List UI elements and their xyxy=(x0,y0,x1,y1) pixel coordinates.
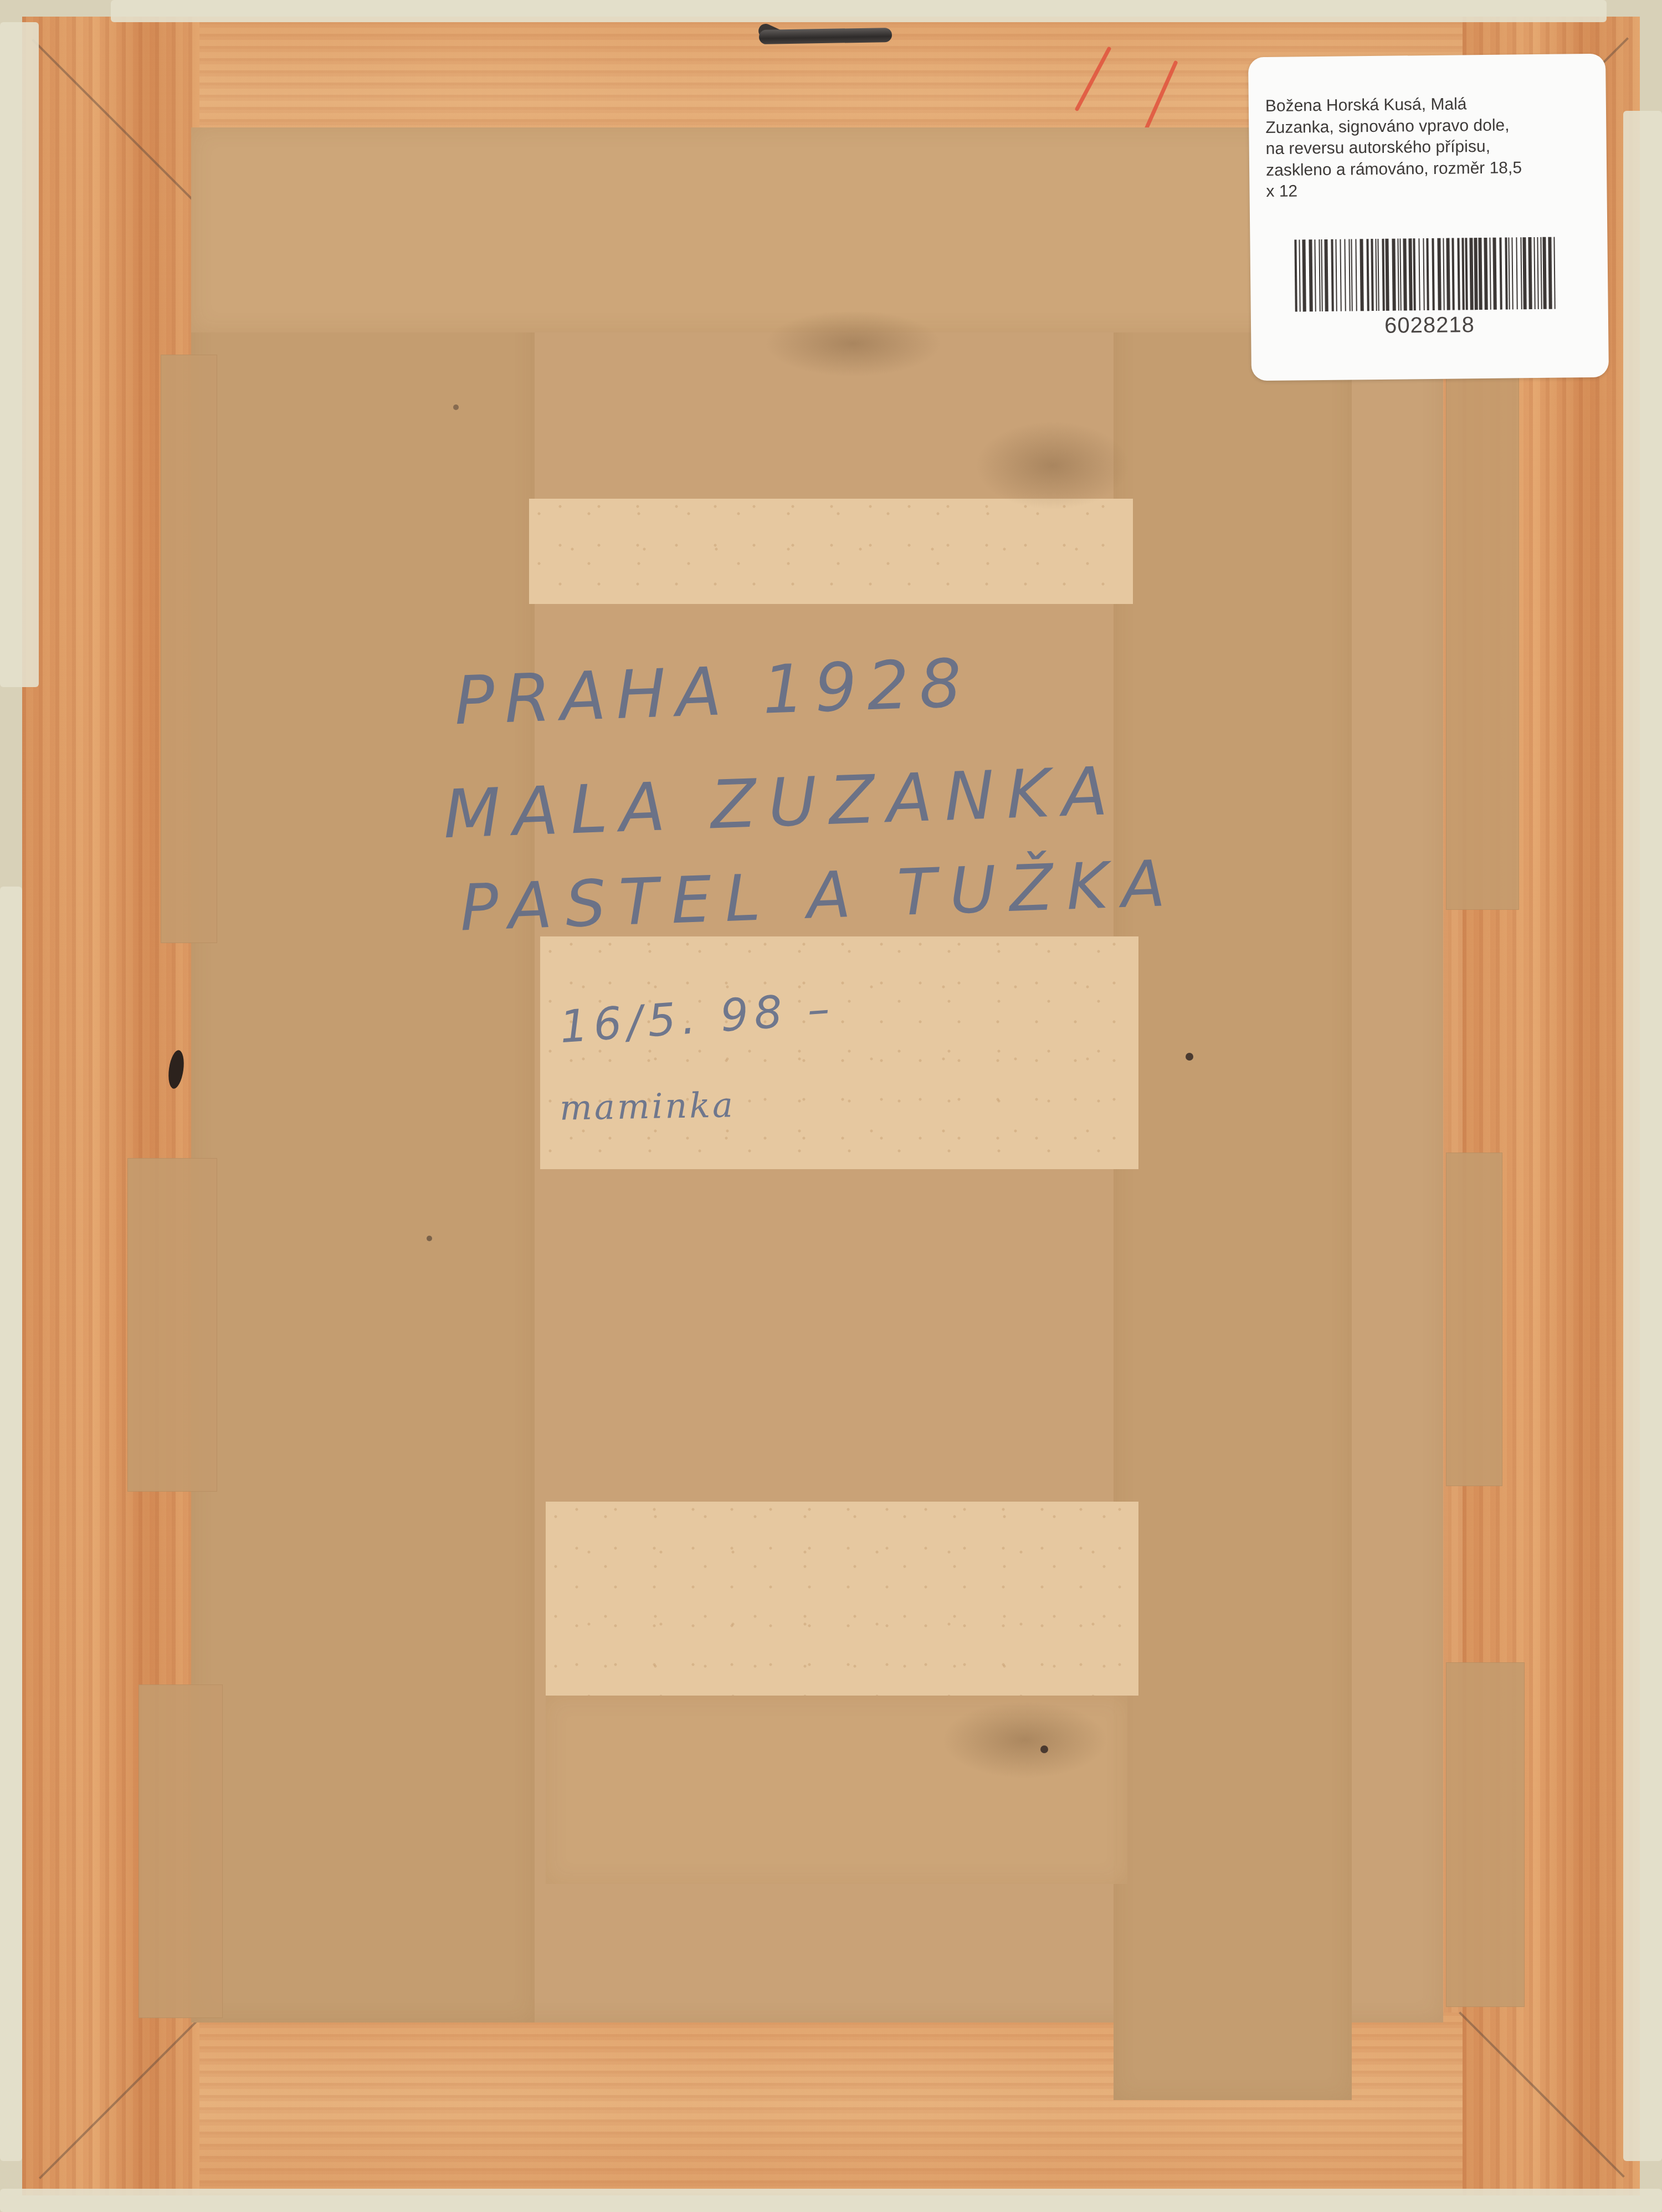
light-paper-window-middle xyxy=(540,936,1138,1169)
barcode-bar xyxy=(1314,239,1316,311)
barcode-bar xyxy=(1457,238,1460,310)
tape-strip-left xyxy=(191,127,535,2022)
barcode-bar xyxy=(1465,238,1468,310)
tack-pin xyxy=(1186,1053,1193,1061)
tape-tab-right-upper xyxy=(1446,355,1519,910)
barcode-bar xyxy=(1505,238,1507,310)
label-line: zaskleno a rámováno, rozměr 18,5 xyxy=(1266,156,1598,181)
barcode-bar xyxy=(1426,238,1429,310)
barcode-bar xyxy=(1443,238,1444,310)
barcode-bar xyxy=(1474,238,1478,310)
paper-crease xyxy=(942,1701,1108,1779)
barcode-bar xyxy=(1516,237,1517,309)
barcode-icon xyxy=(1294,237,1562,311)
barcode-bar xyxy=(1542,237,1546,309)
paint-chip-bottom xyxy=(0,2189,1662,2212)
paint-chip-right xyxy=(1623,111,1662,2161)
tack-pin xyxy=(427,1236,432,1241)
label-line: x 12 xyxy=(1266,178,1598,203)
barcode-bar xyxy=(1511,237,1513,309)
label-description: Božena Horská Kusá, Malá Zuzanka, signov… xyxy=(1265,93,1599,203)
barcode-bar xyxy=(1299,239,1300,311)
barcode-bar xyxy=(1461,238,1464,310)
hanging-hook-wire xyxy=(759,28,892,44)
barcode-bar xyxy=(1553,237,1555,309)
light-paper-window-bottom xyxy=(546,1502,1138,1696)
barcode-bar xyxy=(1344,239,1346,311)
barcode-bar xyxy=(1413,238,1415,310)
barcode-bar xyxy=(1537,237,1538,309)
barcode-bar xyxy=(1302,239,1306,311)
tack-pin xyxy=(453,404,459,410)
barcode-bar xyxy=(1366,239,1369,311)
tape-tab-right-lower xyxy=(1446,1662,1525,2007)
barcode-bar xyxy=(1371,239,1373,311)
auction-label: Božena Horská Kusá, Malá Zuzanka, signov… xyxy=(1248,54,1609,381)
barcode-bar xyxy=(1478,238,1482,310)
label-line: Božena Horská Kusá, Malá xyxy=(1265,93,1598,117)
barcode-bar xyxy=(1324,239,1328,311)
tape-tab-left-lower xyxy=(138,1684,223,2018)
tape-tab-left-upper xyxy=(161,355,217,943)
paper-crease xyxy=(765,310,942,377)
barcode-bar xyxy=(1437,238,1441,310)
barcode-bar xyxy=(1408,238,1412,310)
barcode-bar xyxy=(1533,237,1535,309)
label-line: na reversu autorského přípisu, xyxy=(1265,135,1598,160)
paint-chip-top xyxy=(111,0,1607,22)
barcode-bar xyxy=(1446,238,1450,310)
barcode-bar xyxy=(1319,239,1320,311)
barcode-bar xyxy=(1499,238,1502,310)
barcode-bar xyxy=(1385,239,1389,311)
barcode-bar xyxy=(1508,237,1510,309)
paper-crease xyxy=(975,421,1130,510)
barcode-bar xyxy=(1451,238,1454,310)
barcode-bar xyxy=(1432,238,1434,310)
inscription-dedication: maminka xyxy=(559,1084,735,1128)
label-line: Zuzanka, signováno vpravo dole, xyxy=(1265,114,1598,139)
barcode-bar xyxy=(1375,239,1377,311)
barcode-bar xyxy=(1548,237,1552,309)
barcode-bar xyxy=(1403,238,1407,310)
barcode-bar xyxy=(1418,238,1420,310)
tape-tab-right-mid xyxy=(1446,1153,1502,1486)
barcode-number: 6028218 xyxy=(1251,311,1608,340)
tape-tab-left-mid xyxy=(127,1158,217,1492)
barcode-bar xyxy=(1294,239,1297,311)
barcode-bar xyxy=(1348,239,1350,311)
barcode-bar xyxy=(1340,239,1341,311)
barcode-bar xyxy=(1309,239,1312,311)
barcode-bar xyxy=(1335,239,1337,311)
tack-pin xyxy=(1040,1745,1048,1753)
barcode-bar xyxy=(1321,239,1322,311)
barcode-bar xyxy=(1392,239,1396,311)
paint-chip-left xyxy=(0,22,39,687)
barcode-bar xyxy=(1399,239,1401,311)
barcode-bar xyxy=(1520,237,1522,309)
frame-bottom-rail xyxy=(22,2013,1640,2195)
light-paper-window-top xyxy=(529,499,1133,604)
barcode-bar xyxy=(1489,238,1491,310)
barcode-bar xyxy=(1528,237,1532,309)
barcode-bar xyxy=(1360,239,1363,311)
barcode-bar xyxy=(1423,238,1424,310)
barcode-bar xyxy=(1397,239,1399,311)
barcode-bar xyxy=(1540,237,1542,309)
barcode-bar xyxy=(1377,239,1379,311)
barcode-bar xyxy=(1382,239,1384,311)
barcode-bar xyxy=(1469,238,1473,310)
barcode-bar xyxy=(1355,239,1357,311)
barcode-bar xyxy=(1492,238,1496,310)
barcode-bar xyxy=(1351,239,1352,311)
barcode-bar xyxy=(1522,237,1526,309)
barcode-bar xyxy=(1484,238,1487,310)
barcode-bar xyxy=(1331,239,1333,311)
paint-chip-left-lower xyxy=(0,887,22,2161)
tape-strip-right xyxy=(1114,127,1352,2100)
